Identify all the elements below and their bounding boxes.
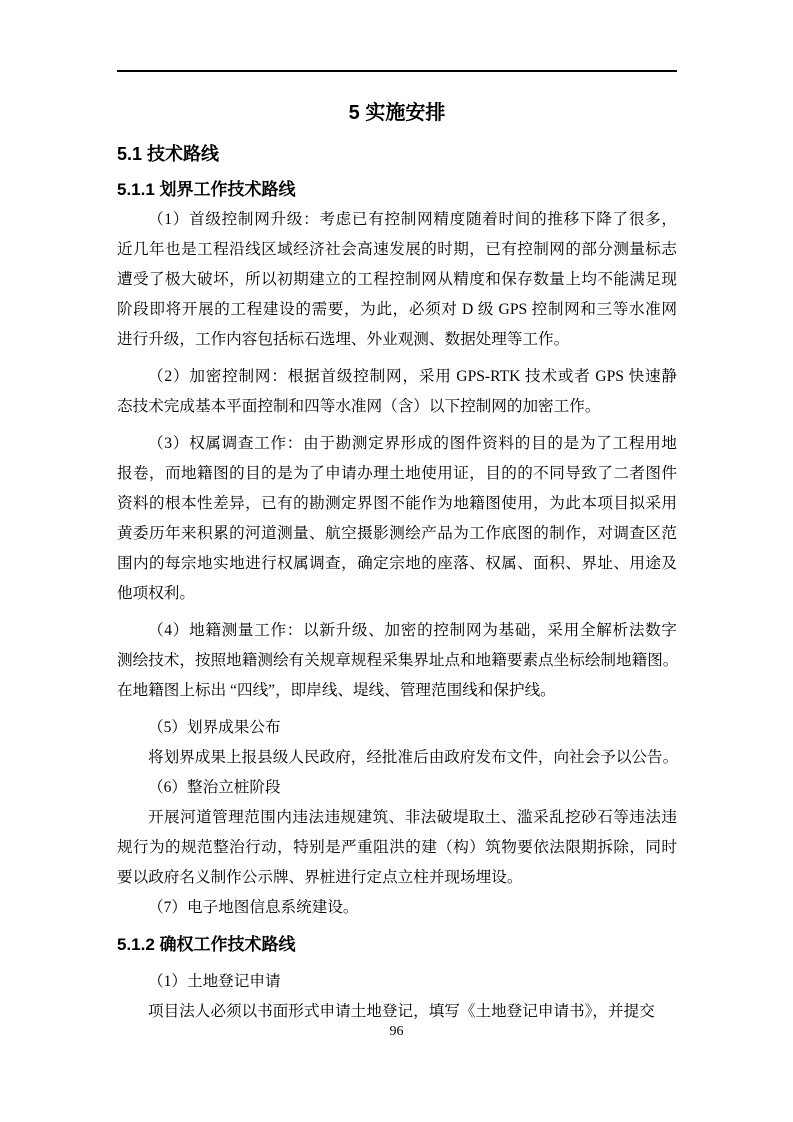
text-line: 近几年也是工程沿线区域经济社会高速发展的时期，已有控制网的部分测量标志 xyxy=(117,235,677,265)
text-line: 在地籍图上标出 “四线”，即岸线、堤线、管理范围线和保护线。 xyxy=(117,676,677,706)
paragraph-ownership-survey: （3）权属调查工作：由于勘测定界形成的图件资料的目的是为了工程用地报卷，而地籍图… xyxy=(117,429,677,609)
text-line: （2）加密控制网：根据首级控制网，采用 GPS-RTK 技术或者 GPS 快速静 xyxy=(117,362,677,392)
paragraph-stake-setting-heading: （6）整治立桩阶段 xyxy=(117,773,677,803)
header-rule xyxy=(117,70,677,72)
text-line: （1）首级控制网升级：考虑已有控制网精度随着时间的推移下降了很多， xyxy=(117,205,677,235)
paragraph-electronic-map-system: （7）电子地图信息系统建设。 xyxy=(117,893,677,923)
text-line: 态技术完成基本平面控制和四等水准网（含）以下控制网的加密工作。 xyxy=(117,392,677,422)
paragraph-control-network-upgrade: （1）首级控制网升级：考虑已有控制网精度随着时间的推移下降了很多，近几年也是工程… xyxy=(117,205,677,355)
paragraph-cadastral-survey: （4）地籍测量工作：以新升级、加密的控制网为基础，采用全解析法数字测绘技术，按照… xyxy=(117,616,677,706)
chapter-title: 5 实施安排 xyxy=(117,98,677,128)
text-line: 进行升级，工作内容包括标石选埋、外业观测、数据处理等工作。 xyxy=(117,325,677,355)
text-line: 资料的根本性差异，已有的勘测定界图不能作为地籍图使用，为此本项目拟采用 xyxy=(117,489,677,519)
text-line: （1）土地登记申请 xyxy=(117,967,677,997)
text-line: 阶段即将开展的工程建设的需要，为此，必须对 D 级 GPS 控制网和三等水准网 xyxy=(117,295,677,325)
text-line: 报卷，而地籍图的目的是为了申请办理土地使用证，目的的不同导致了二者图件 xyxy=(117,459,677,489)
paragraph-delimitation-results-heading: （5）划界成果公布 xyxy=(117,713,677,743)
text-line: 开展河道管理范围内违法违规建筑、非法破堤取土、滥采乱挖砂石等违法违 xyxy=(117,803,677,833)
subsection-heading-5-1-2: 5.1.2 确权工作技术路线 xyxy=(117,930,677,960)
text-line: （4）地籍测量工作：以新升级、加密的控制网为基础，采用全解析法数字 xyxy=(117,616,677,646)
text-line: （7）电子地图信息系统建设。 xyxy=(117,893,677,923)
page-number: 96 xyxy=(0,1022,793,1042)
paragraph-densified-control-network: （2）加密控制网：根据首级控制网，采用 GPS-RTK 技术或者 GPS 快速静… xyxy=(117,362,677,422)
section-heading-5-1: 5.1 技术路线 xyxy=(117,139,677,169)
text-line: 遭受了极大破坏，所以初期建立的工程控制网从精度和保存数量上均不能满足现 xyxy=(117,265,677,295)
text-line: （5）划界成果公布 xyxy=(117,713,677,743)
paragraph-delimitation-results-body: 将划界成果上报县级人民政府，经批准后由政府发布文件，向社会予以公告。 xyxy=(117,743,677,773)
text-line: 他项权利。 xyxy=(117,579,677,609)
paragraph-stake-setting-body: 开展河道管理范围内违法违规建筑、非法破堤取土、滥采乱挖砂石等违法违规行为的规范整… xyxy=(117,803,677,893)
text-line: 将划界成果上报县级人民政府，经批准后由政府发布文件，向社会予以公告。 xyxy=(117,743,677,773)
text-line: 围内的每宗地实地进行权属调查，确定宗地的座落、权属、面积、界址、用途及 xyxy=(117,549,677,579)
text-line: （6）整治立桩阶段 xyxy=(117,773,677,803)
text-line: 测绘技术，按照地籍测绘有关规章规程采集界址点和地籍要素点坐标绘制地籍图。 xyxy=(117,646,677,676)
document-page: 5 实施安排 5.1 技术路线 5.1.1 划界工作技术路线 （1）首级控制网升… xyxy=(0,0,793,1122)
subsection-heading-5-1-1: 5.1.1 划界工作技术路线 xyxy=(117,175,677,205)
text-line: 黄委历年来积累的河道测量、航空摄影测绘产品为工作底图的制作，对调查区范 xyxy=(117,519,677,549)
text-line: 规行为的规范整治行动，特别是严重阻洪的建（构）筑物要依法限期拆除，同时 xyxy=(117,833,677,863)
paragraph-land-registration-heading: （1）土地登记申请 xyxy=(117,967,677,997)
text-line: 要以政府名义制作公示牌、界桩进行定点立柱并现场埋设。 xyxy=(117,863,677,893)
text-line: （3）权属调查工作：由于勘测定界形成的图件资料的目的是为了工程用地 xyxy=(117,429,677,459)
